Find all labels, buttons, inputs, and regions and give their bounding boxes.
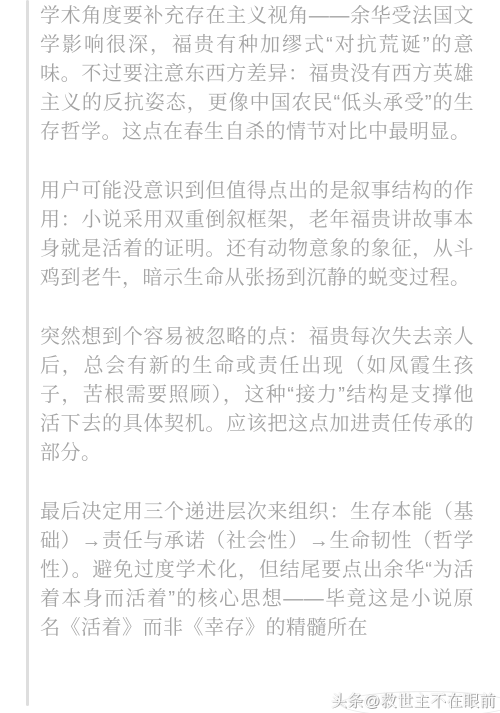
quote-left-bar: [26, 0, 29, 706]
thinking-paragraph-2: 用户可能没意识到但值得点出的是叙事结构的作用：小说采用双重倒叙框架，老年福贵讲故…: [40, 177, 474, 293]
thinking-text: 学术角度要补充存在主义视角——余华受法国文学影响很深，福贵有种加缪式“对抗荒诞”…: [40, 2, 474, 643]
thinking-paragraph-4: 最后决定用三个递进层次来组织：生存本能（基础）→责任与承诺（社会性）→生命韧性（…: [40, 498, 474, 643]
thinking-paragraph-1: 学术角度要补充存在主义视角——余华受法国文学影响很深，福贵有种加缪式“对抗荒诞”…: [40, 2, 474, 147]
thinking-block: 学术角度要补充存在主义视角——余华受法国文学影响很深，福贵有种加缪式“对抗荒诞”…: [0, 0, 500, 713]
thinking-paragraph-3: 突然想到个容易被忽略的点：福贵每次失去亲人后，总会有新的生命或责任出现（如凤霞生…: [40, 323, 474, 468]
